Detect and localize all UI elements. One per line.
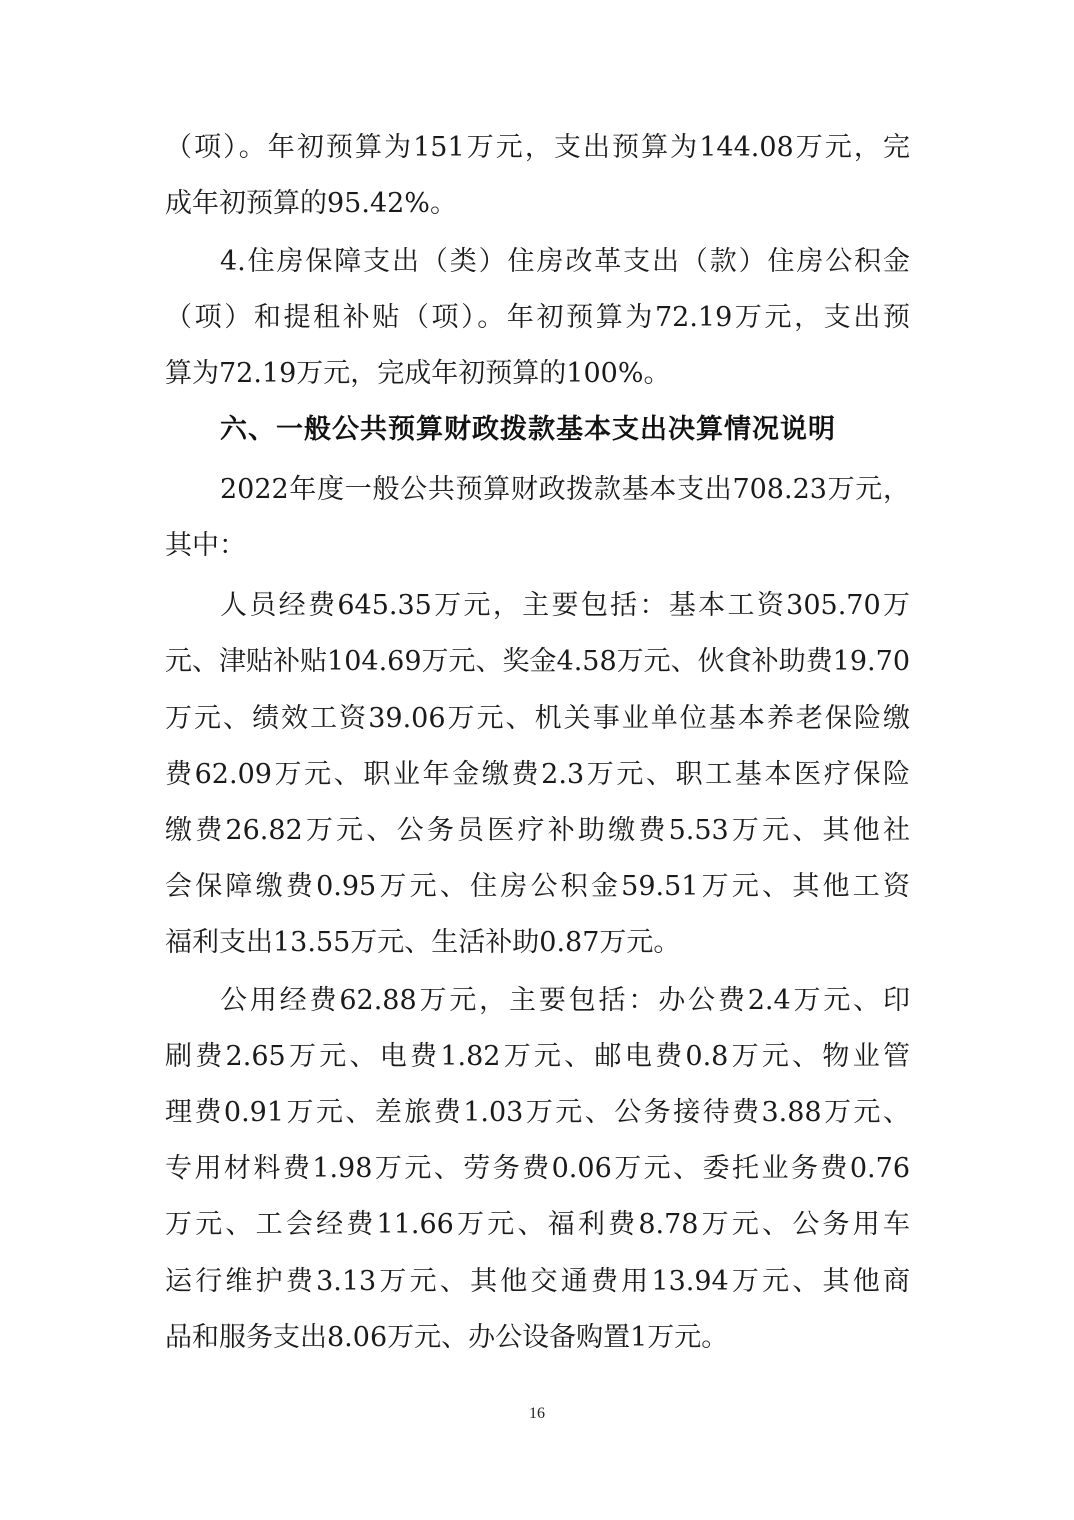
text-line: 元、津贴补贴104.69万元、奖金4.58万元、伙食补助费19.70 <box>165 644 910 680</box>
text-line: 福利支出13.55万元、生活补助0.87万元。 <box>165 925 910 961</box>
text-line: 2022年度一般公共预算财政拨款基本支出708.23万元， <box>220 472 910 508</box>
text-line: （项）和提租补贴（项）。年初预算为72.19万元，支出预 <box>165 300 910 336</box>
text-line: （项）。年初预算为151万元，支出预算为144.08万元，完 <box>165 130 910 166</box>
text-line: 费62.09万元、职业年金缴费2.3万元、职工基本医疗保险 <box>165 757 910 793</box>
text-line: 万元、工会经费11.66万元、福利费8.78万元、公务用车 <box>165 1207 910 1243</box>
text-line: 算为72.19万元，完成年初预算的100%。 <box>165 356 910 392</box>
text-line: 会保障缴费0.95万元、住房公积金59.51万元、其他工资 <box>165 869 910 905</box>
page-number: 16 <box>0 1405 1074 1423</box>
text-line: 公用经费62.88万元，主要包括：办公费2.4万元、印 <box>220 983 910 1019</box>
text-line: 其中： <box>165 528 910 564</box>
text-line: 理费0.91万元、差旅费1.03万元、公务接待费3.88万元、 <box>165 1095 910 1131</box>
document-page: （项）。年初预算为151万元，支出预算为144.08万元，完 成年初预算的95.… <box>0 0 1074 1520</box>
text-line: 万元、绩效工资39.06万元、机关事业单位基本养老保险缴 <box>165 701 910 737</box>
text-line: 品和服务支出8.06万元、办公设备购置1万元。 <box>165 1320 910 1356</box>
section-heading: 六、一般公共预算财政拨款基本支出决算情况说明 <box>220 412 836 448</box>
text-line: 刷费2.65万元、电费1.82万元、邮电费0.8万元、物业管 <box>165 1039 910 1075</box>
text-line: 成年初预算的95.42%。 <box>165 186 910 222</box>
text-line: 缴费26.82万元、公务员医疗补助缴费5.53万元、其他社 <box>165 813 910 849</box>
text-line: 运行维护费3.13万元、其他交通费用13.94万元、其他商 <box>165 1264 910 1300</box>
text-line: 4.住房保障支出（类）住房改革支出（款）住房公积金 <box>220 244 910 280</box>
text-line: 人员经费645.35万元，主要包括：基本工资305.70万 <box>220 588 910 624</box>
text-line: 专用材料费1.98万元、劳务费0.06万元、委托业务费0.76 <box>165 1151 910 1187</box>
